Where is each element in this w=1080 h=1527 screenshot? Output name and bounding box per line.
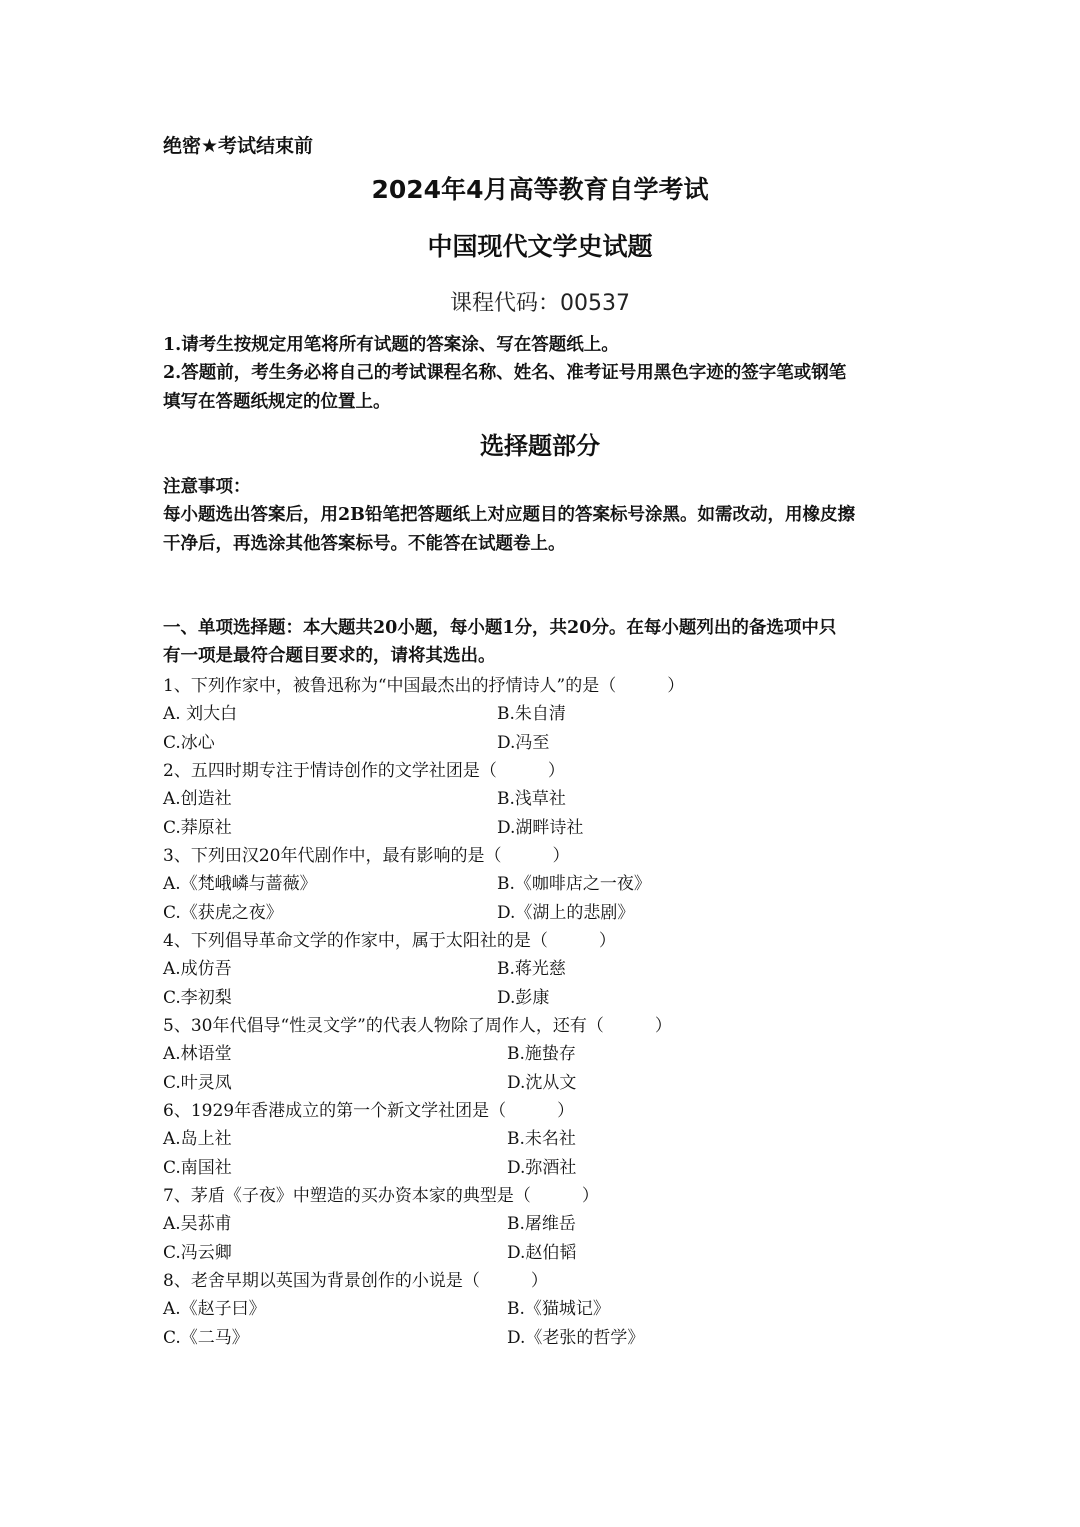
option-c: C.冰心: [163, 728, 215, 753]
instruction-1: 1.请考生按规定用笔将所有试题的答案涂、写在答题纸上。: [163, 331, 619, 356]
option-a: A.岛上社: [163, 1124, 232, 1149]
option-c: C.莽原社: [163, 813, 232, 838]
question-stem: 1、下列作家中，被鲁迅称为“中国最杰出的抒情诗人”的是（ ）: [163, 671, 684, 696]
subject-title: 中国现代文学史试题: [0, 227, 1080, 263]
exam-title: 2024年4月高等教育自学考试: [0, 170, 1080, 206]
option-d: D.《老张的哲学》: [507, 1323, 644, 1348]
option-a: A.成仿吾: [163, 954, 232, 979]
option-a: A.《赵子曰》: [163, 1294, 266, 1319]
section-heading-line-1: 一、单项选择题：本大题共20小题，每小题1分，共20分。在每小题列出的备选项中只: [163, 614, 836, 639]
question-stem: 3、下列田汉20年代剧作中，最有影响的是（ ）: [163, 841, 569, 866]
option-c: C.叶灵凤: [163, 1068, 232, 1093]
question-stem: 7、茅盾《子夜》中塑造的买办资本家的典型是（ ）: [163, 1181, 599, 1206]
option-d: D.湖畔诗社: [497, 813, 583, 838]
instruction-2-cont: 填写在答题纸规定的位置上。: [163, 388, 391, 413]
notice-label: 注意事项：: [163, 473, 251, 498]
question-stem: 5、30年代倡导“性灵文学”的代表人物除了周作人，还有（ ）: [163, 1011, 672, 1036]
option-b: B.施蛰存: [507, 1039, 576, 1064]
confidential-label: 绝密★考试结束前: [163, 131, 313, 158]
option-c: C.李初梨: [163, 983, 232, 1008]
option-b: B.蒋光慈: [497, 954, 566, 979]
question-stem: 4、下列倡导革命文学的作家中，属于太阳社的是（ ）: [163, 926, 616, 951]
option-b: B.朱自清: [497, 699, 566, 724]
notice-line-1: 每小题选出答案后，用2B铅笔把答题纸上对应题目的答案标号涂黑。如需改动，用橡皮擦: [163, 501, 855, 526]
option-d: D.沈从文: [507, 1068, 576, 1093]
option-b: B.《猫城记》: [507, 1294, 610, 1319]
option-d: D.赵伯韬: [507, 1238, 576, 1263]
question-stem: 8、老舍早期以英国为背景创作的小说是（ ）: [163, 1266, 548, 1291]
section-heading-line-2: 有一项是最符合题目要求的，请将其选出。: [163, 642, 496, 667]
option-a: A.林语堂: [163, 1039, 232, 1064]
option-b: B.屠维岳: [507, 1209, 576, 1234]
question-stem: 2、五四时期专注于情诗创作的文学社团是（ ）: [163, 756, 565, 781]
option-a: A.创造社: [163, 784, 232, 809]
instruction-2: 2.答题前，考生务必将自己的考试课程名称、姓名、准考证号用黑色字迹的签字笔或钢笔: [163, 359, 846, 384]
option-c: C.南国社: [163, 1153, 232, 1178]
option-c: C.《二马》: [163, 1323, 249, 1348]
option-a: A.吴荪甫: [163, 1209, 232, 1234]
notice-line-2: 干净后，再选涂其他答案标号。不能答在试题卷上。: [163, 530, 566, 555]
question-stem: 6、1929年香港成立的第一个新文学社团是（ ）: [163, 1096, 574, 1121]
part-title: 选择题部分: [0, 426, 1080, 461]
option-d: D.冯至: [497, 728, 549, 753]
option-a: A. 刘大白: [163, 699, 237, 724]
option-c: C.冯云卿: [163, 1238, 232, 1263]
option-c: C.《获虎之夜》: [163, 898, 283, 923]
option-a: A.《梵峨嶙与蔷薇》: [163, 869, 317, 894]
course-code: 课程代码：00537: [0, 286, 1080, 317]
option-b: B.浅草社: [497, 784, 566, 809]
option-b: B.《咖啡店之一夜》: [497, 869, 651, 894]
option-d: D.彭康: [497, 983, 549, 1008]
option-d: D.弥酒社: [507, 1153, 576, 1178]
option-d: D.《湖上的悲剧》: [497, 898, 634, 923]
option-b: B.未名社: [507, 1124, 576, 1149]
